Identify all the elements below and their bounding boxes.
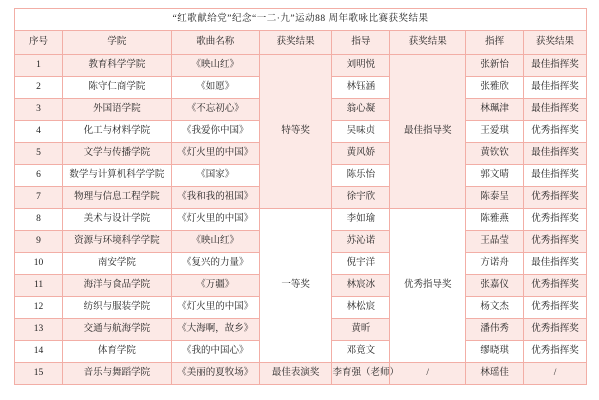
cell-conductor-award: 最佳指挥奖 xyxy=(524,99,587,121)
cell-conductor: 王爱琪 xyxy=(466,121,524,143)
cell-college: 南安学院 xyxy=(63,253,172,275)
table-row: 1教育科学学院《映山红》特等奖刘明悦最佳指导奖张新怡最佳指挥奖 xyxy=(15,55,587,77)
cell-no: 6 xyxy=(15,165,63,187)
cell-team-award: 一等奖 xyxy=(259,209,332,363)
cell-college: 数学与计算机科学学院 xyxy=(63,165,172,187)
cell-college: 体育学院 xyxy=(63,341,172,363)
cell-college: 纺织与服装学院 xyxy=(63,297,172,319)
cell-conductor: 张新怡 xyxy=(466,55,524,77)
cell-no: 11 xyxy=(15,275,63,297)
column-header: 获奖结果 xyxy=(390,31,466,55)
cell-team-award: 最佳表演奖 xyxy=(259,363,332,385)
cell-college: 教育科学学院 xyxy=(63,55,172,77)
table-title: “红歌献给党”纪念“一二·九”运动88 周年歌咏比赛获奖结果 xyxy=(15,9,587,31)
cell-conductor: 杨文杰 xyxy=(466,297,524,319)
cell-no: 15 xyxy=(15,363,63,385)
cell-conductor: 郭文晴 xyxy=(466,165,524,187)
cell-tutor-award: 最佳指导奖 xyxy=(390,55,466,209)
column-header: 序号 xyxy=(15,31,63,55)
cell-conductor: 方诺舟 xyxy=(466,253,524,275)
cell-song: 《万疆》 xyxy=(171,275,259,297)
header-row: 序号学院歌曲名称获奖结果指导获奖结果指挥获奖结果 xyxy=(15,31,587,55)
cell-conductor-award: 最佳指挥奖 xyxy=(524,143,587,165)
cell-conductor-award: 优秀指挥奖 xyxy=(524,231,587,253)
cell-conductor-award: 优秀指挥奖 xyxy=(524,275,587,297)
cell-conductor: 陈泰呈 xyxy=(466,187,524,209)
cell-conductor-award: 最佳指挥奖 xyxy=(524,253,587,275)
cell-song: 《大海啊，故乡》 xyxy=(171,319,259,341)
award-results-table: “红歌献给党”纪念“一二·九”运动88 周年歌咏比赛获奖结果 序号学院歌曲名称获… xyxy=(14,8,587,385)
cell-no: 8 xyxy=(15,209,63,231)
cell-song: 《复兴的力量》 xyxy=(171,253,259,275)
cell-song: 《灯火里的中国》 xyxy=(171,297,259,319)
cell-tutor: 林松宸 xyxy=(332,297,390,319)
cell-tutor: 黄风娇 xyxy=(332,143,390,165)
cell-no: 10 xyxy=(15,253,63,275)
cell-tutor: 林钰涵 xyxy=(332,77,390,99)
cell-tutor: 邓竟文 xyxy=(332,341,390,363)
cell-tutor: 李如瑜 xyxy=(332,209,390,231)
cell-conductor-award: / xyxy=(524,363,587,385)
cell-college: 物理与信息工程学院 xyxy=(63,187,172,209)
cell-tutor: 林宸冰 xyxy=(332,275,390,297)
cell-song: 《映山红》 xyxy=(171,55,259,77)
cell-conductor-award: 优秀指挥奖 xyxy=(524,319,587,341)
cell-tutor: 吴味贞 xyxy=(332,121,390,143)
column-header: 学院 xyxy=(63,31,172,55)
column-header: 指挥 xyxy=(466,31,524,55)
cell-song: 《如愿》 xyxy=(171,77,259,99)
cell-song: 《不忘初心》 xyxy=(171,99,259,121)
cell-song: 《国家》 xyxy=(171,165,259,187)
cell-conductor: 黄钦钦 xyxy=(466,143,524,165)
column-header: 获奖结果 xyxy=(524,31,587,55)
cell-college: 音乐与舞蹈学院 xyxy=(63,363,172,385)
cell-team-award: 特等奖 xyxy=(259,55,332,209)
cell-tutor: 李育强（老师） xyxy=(332,363,390,385)
cell-conductor-award: 最佳指挥奖 xyxy=(524,165,587,187)
table-row: 15音乐与舞蹈学院《美丽的夏牧场》最佳表演奖李育强（老师）/林瑶佳/ xyxy=(15,363,587,385)
cell-college: 化工与材料学院 xyxy=(63,121,172,143)
cell-conductor-award: 优秀指挥奖 xyxy=(524,209,587,231)
cell-song: 《映山红》 xyxy=(171,231,259,253)
cell-song: 《美丽的夏牧场》 xyxy=(171,363,259,385)
cell-no: 1 xyxy=(15,55,63,77)
cell-conductor: 缪晓琪 xyxy=(466,341,524,363)
cell-no: 2 xyxy=(15,77,63,99)
cell-conductor: 林瑶佳 xyxy=(466,363,524,385)
cell-college: 交通与航海学院 xyxy=(63,319,172,341)
cell-tutor: 刘明悦 xyxy=(332,55,390,77)
cell-no: 14 xyxy=(15,341,63,363)
cell-no: 3 xyxy=(15,99,63,121)
cell-no: 4 xyxy=(15,121,63,143)
cell-college: 资源与环境科学学院 xyxy=(63,231,172,253)
cell-conductor: 林珮津 xyxy=(466,99,524,121)
cell-tutor: 倪宇洋 xyxy=(332,253,390,275)
table-row: 8美术与设计学院《灯火里的中国》一等奖李如瑜优秀指导奖陈雅燕优秀指挥奖 xyxy=(15,209,587,231)
cell-no: 7 xyxy=(15,187,63,209)
cell-tutor: 陈乐怡 xyxy=(332,165,390,187)
cell-conductor: 陈雅燕 xyxy=(466,209,524,231)
cell-tutor: 徐宇欣 xyxy=(332,187,390,209)
cell-tutor-award: / xyxy=(390,363,466,385)
cell-conductor-award: 最佳指挥奖 xyxy=(524,55,587,77)
cell-song: 《灯火里的中国》 xyxy=(171,209,259,231)
cell-tutor-award: 优秀指导奖 xyxy=(390,209,466,363)
cell-no: 13 xyxy=(15,319,63,341)
cell-song: 《我爱你中国》 xyxy=(171,121,259,143)
column-header: 歌曲名称 xyxy=(171,31,259,55)
cell-conductor: 张雅欣 xyxy=(466,77,524,99)
cell-conductor-award: 优秀指挥奖 xyxy=(524,341,587,363)
cell-song: 《灯火里的中国》 xyxy=(171,143,259,165)
cell-college: 海洋与食品学院 xyxy=(63,275,172,297)
cell-song: 《我的中国心》 xyxy=(171,341,259,363)
cell-conductor-award: 优秀指挥奖 xyxy=(524,297,587,319)
cell-no: 5 xyxy=(15,143,63,165)
cell-tutor: 苏沁诺 xyxy=(332,231,390,253)
table-body: 1教育科学学院《映山红》特等奖刘明悦最佳指导奖张新怡最佳指挥奖2陈守仁商学院《如… xyxy=(15,55,587,385)
cell-conductor-award: 优秀指挥奖 xyxy=(524,187,587,209)
cell-no: 12 xyxy=(15,297,63,319)
cell-college: 文学与传播学院 xyxy=(63,143,172,165)
column-header: 指导 xyxy=(332,31,390,55)
cell-conductor: 潘伟秀 xyxy=(466,319,524,341)
cell-tutor: 翁心凝 xyxy=(332,99,390,121)
column-header: 获奖结果 xyxy=(259,31,332,55)
cell-conductor: 王晶莹 xyxy=(466,231,524,253)
cell-tutor: 黄昕 xyxy=(332,319,390,341)
cell-conductor-award: 最佳指挥奖 xyxy=(524,77,587,99)
cell-college: 陈守仁商学院 xyxy=(63,77,172,99)
cell-conductor: 张嘉仪 xyxy=(466,275,524,297)
cell-no: 9 xyxy=(15,231,63,253)
cell-college: 外国语学院 xyxy=(63,99,172,121)
cell-college: 美术与设计学院 xyxy=(63,209,172,231)
title-row: “红歌献给党”纪念“一二·九”运动88 周年歌咏比赛获奖结果 xyxy=(15,9,587,31)
cell-song: 《我和我的祖国》 xyxy=(171,187,259,209)
cell-conductor-award: 优秀指挥奖 xyxy=(524,121,587,143)
